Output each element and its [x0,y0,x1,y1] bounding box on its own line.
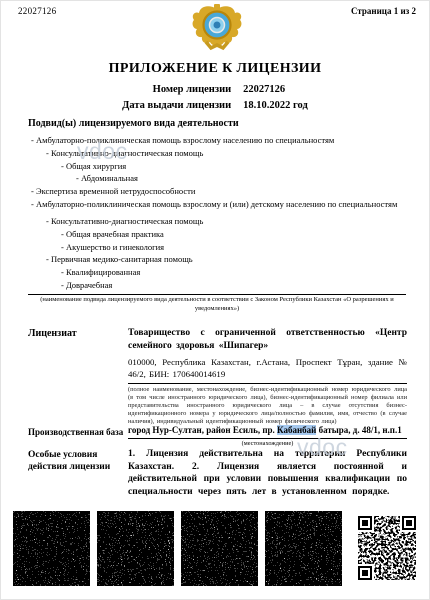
subtype-item: Общая врачебная практика [28,230,406,239]
special-conditions-section: Особые условия действия лицензии 1. Лице… [28,448,407,498]
subtype-item: Амбулаторно-поликлиническая помощь взрос… [28,136,406,145]
licensee-section: Лицензиат Товарищество с ограниченной от… [28,327,407,427]
production-base-value-after: батыра, д. 48/1, н.п.1 [316,425,401,435]
licensee-label: Лицензиат [28,327,128,427]
digital-stamp-4-icon [265,511,342,586]
license-meta: Номер лицензии 22027126 Дата выдачи лице… [1,84,429,111]
document-page: 22027126 Страница 1 из 2 ПРИЛОЖЕНИЕ К ЛИ… [0,0,430,600]
licensee-divider [128,383,407,384]
subtype-item: Консультативно-диагностическая помощь [28,217,406,226]
subtype-item: Квалифицированная [28,268,406,277]
production-base-label: Производственная база [28,425,128,447]
license-number-value: 22027126 [243,84,308,95]
licensee-name: Товарищество с ограниченной ответственно… [128,327,407,352]
subtype-item: Экспертиза временной нетрудоспособности [28,187,406,196]
production-base-caption: (местонахождение) [128,440,407,447]
special-conditions-label: Особые условия действия лицензии [28,448,128,498]
special-conditions-value: 1. Лицензия действительна на территории … [128,448,407,498]
digital-stamp-3-icon [181,511,258,586]
header-page-indicator: Страница 1 из 2 [351,6,416,16]
page-title: ПРИЛОЖЕНИЕ К ЛИЦЕНЗИИ [1,61,429,77]
stamps-row [13,509,419,587]
qr-code-icon [355,513,419,583]
issue-date-label: Дата выдачи лицензии [122,100,231,111]
subtype-item: Абдоминальная [28,174,406,183]
licensee-address: 010000, Республика Казахстан, г.Астана, … [128,356,407,380]
license-number-label: Номер лицензии [122,84,231,95]
subtype-item: Акушерство и гинекология [28,243,406,252]
subtype-item: Амбулаторно-поликлиническая помощь взрос… [28,200,406,209]
kazakhstan-emblem-icon [192,4,242,51]
subtype-item: Доврачебная [28,281,406,290]
production-base-value: город Нур-Султан, район Есиль, пр. Кабан… [128,425,407,439]
header-document-number: 22027126 [18,6,56,16]
digital-stamp-1-icon [13,511,90,586]
subtype-item: Общая хирургия [28,162,406,171]
issue-date-value: 18.10.2022 год [243,100,308,111]
production-base-value-before: город Нур-Султан, район Есиль, пр. [128,425,277,435]
licensee-caption: (полное наименование, местонахождение, б… [128,386,407,427]
digital-stamp-2-icon [97,511,174,586]
subtypes-section: Подвид(ы) лицензируемого вида деятельнос… [28,118,406,313]
subtypes-caption: (наименование подвида лицензируемого вид… [28,296,406,313]
subtypes-divider [28,294,406,295]
subtype-item: Консультативно-диагностическая помощь [28,149,406,158]
subtypes-heading: Подвид(ы) лицензируемого вида деятельнос… [28,118,406,129]
highlighted-text[interactable]: Кабанбай [277,425,316,435]
subtype-item: Первичная медико-санитарная помощь [28,255,406,264]
production-base-section: Производственная база город Нур-Султан, … [28,425,407,447]
